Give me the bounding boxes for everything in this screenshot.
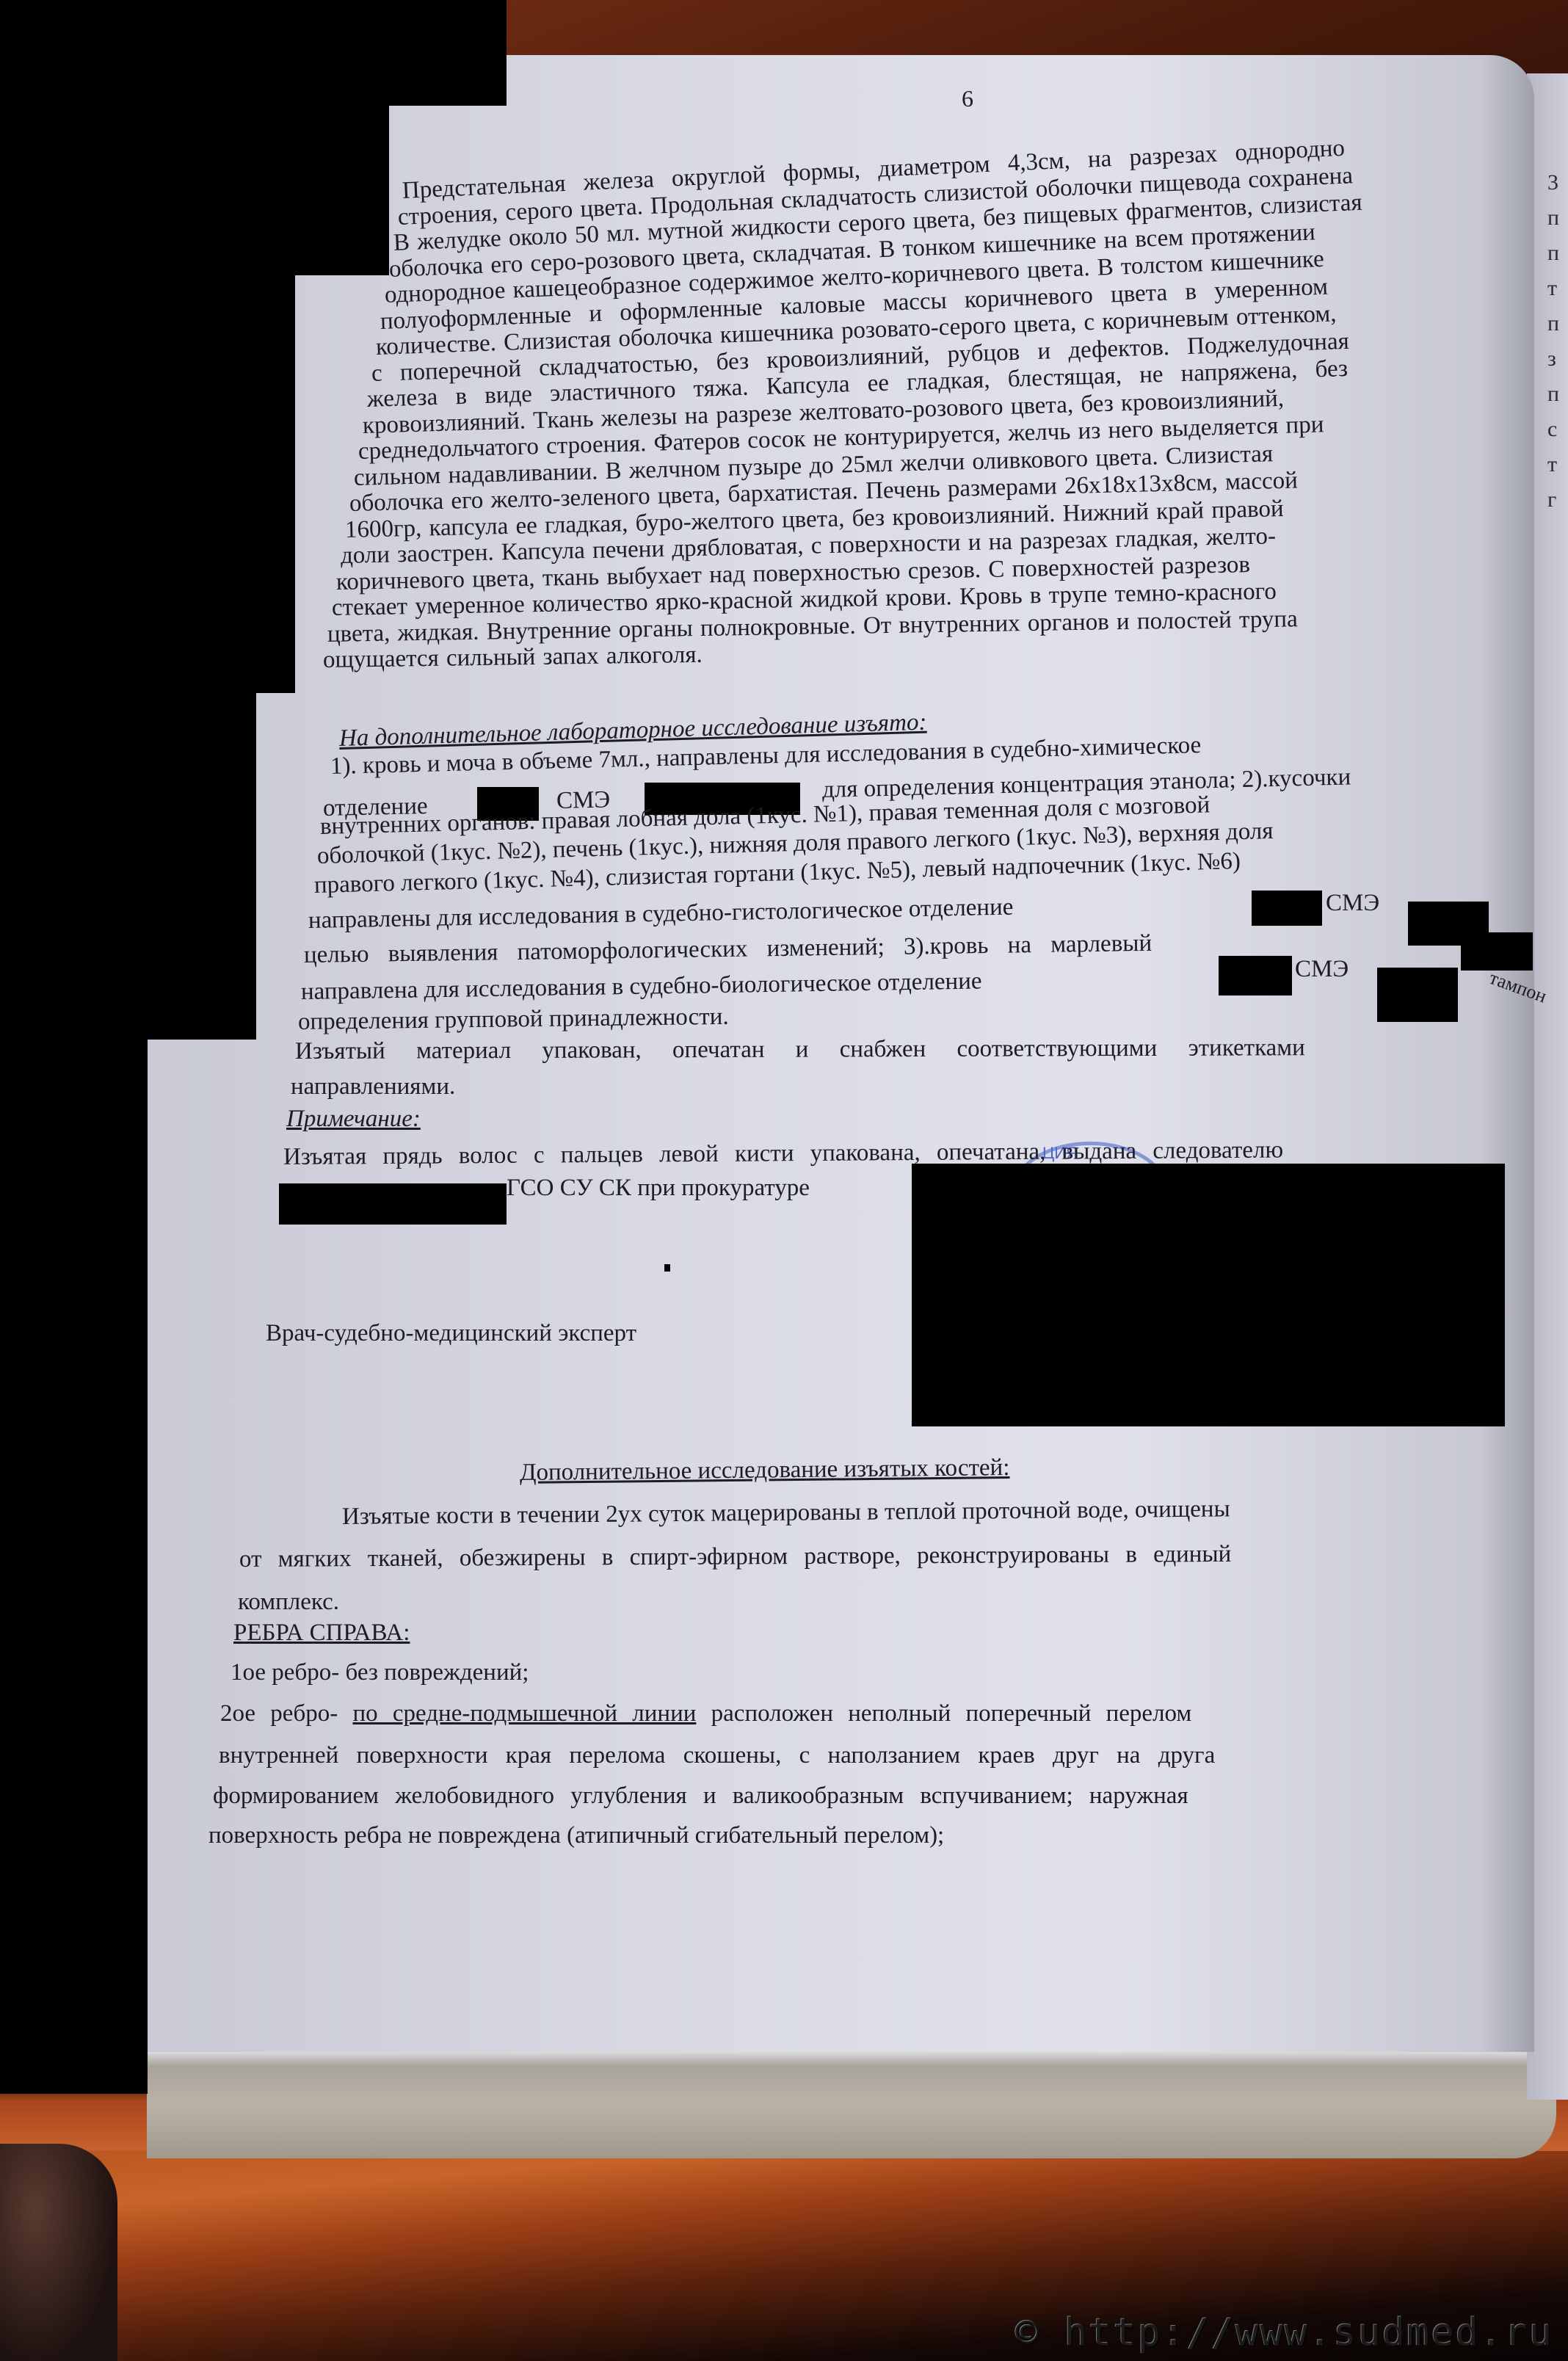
finger-shadow — [0, 2144, 117, 2361]
privacy-mask — [0, 106, 389, 275]
adjacent-page-fragment: 3 — [1547, 170, 1558, 195]
rib-2-location: по средне-подмышечной линии — [352, 1700, 696, 1727]
privacy-mask — [0, 693, 256, 1040]
redaction-box — [1219, 956, 1292, 995]
adjacent-page-fragment: п — [1547, 311, 1559, 336]
packed-line: Изъятый материал упакован, опечатан и сн… — [295, 1036, 1305, 1064]
packed-line: направлениями. — [291, 1075, 455, 1099]
redaction-box — [1252, 891, 1322, 926]
rib-2-line: внутренней поверхности края перелома ско… — [219, 1744, 1215, 1768]
adjacent-page-fragment: п — [1547, 382, 1559, 407]
adjacent-page-fragment: с — [1547, 417, 1557, 442]
adjacent-page-fragment: п — [1547, 241, 1559, 266]
privacy-mask — [0, 1040, 148, 2094]
adjacent-page-fragment: п — [1547, 206, 1559, 231]
note-heading: Примечание: — [286, 1107, 421, 1131]
lab-line: определения групповой принадлежности. — [298, 1005, 729, 1034]
signature-redaction-box — [912, 1164, 1505, 1426]
bones-line: комплекс. — [238, 1590, 339, 1614]
bones-heading: Дополнительное исследование изъятых кост… — [520, 1456, 1010, 1485]
redaction-box — [1377, 968, 1458, 1022]
rib-2-line: поверхность ребра не повреждена (атипичн… — [208, 1824, 944, 1848]
ribs-heading: РЕБРА СПРАВА: — [233, 1621, 410, 1645]
redaction-box — [1461, 932, 1533, 971]
page-number: 6 — [962, 87, 973, 110]
lab-line: СМЭ — [1295, 957, 1349, 982]
rib-2-line: 2ое ребро- по средне-подмышечной линии р… — [220, 1702, 1191, 1726]
rib-1: 1ое ребро- без повреждений; — [231, 1661, 529, 1685]
redaction-box — [279, 1183, 507, 1225]
watermark: © http://www.sudmed.ru — [1015, 2311, 1553, 2355]
signature-label: Врач-судебно-медицинский эксперт — [266, 1321, 636, 1346]
bones-line: от мягких тканей, обезжирены в спирт-эфи… — [239, 1542, 1231, 1572]
adjacent-page-fragment: г — [1547, 487, 1556, 512]
note-line: ГСО СУ СК при прокуратуре — [507, 1176, 810, 1200]
adjacent-page-fragment: з — [1547, 347, 1556, 371]
privacy-mask — [0, 275, 295, 693]
rib-2-rest: расположен неполный поперечный перелом — [711, 1700, 1192, 1727]
redaction-dot — [664, 1264, 670, 1272]
rib-2-prefix: 2ое ребро- — [220, 1700, 338, 1727]
paragraph-line: ощущается сильный запах алкоголя. — [323, 643, 703, 672]
lab-line: СМЭ — [1326, 891, 1379, 915]
adjacent-page-fragment: т — [1547, 276, 1557, 301]
adjacent-page-fragment: т — [1547, 452, 1557, 477]
rib-2-line: формированием желобовидного углубления и… — [213, 1784, 1188, 1808]
privacy-mask — [0, 0, 507, 106]
